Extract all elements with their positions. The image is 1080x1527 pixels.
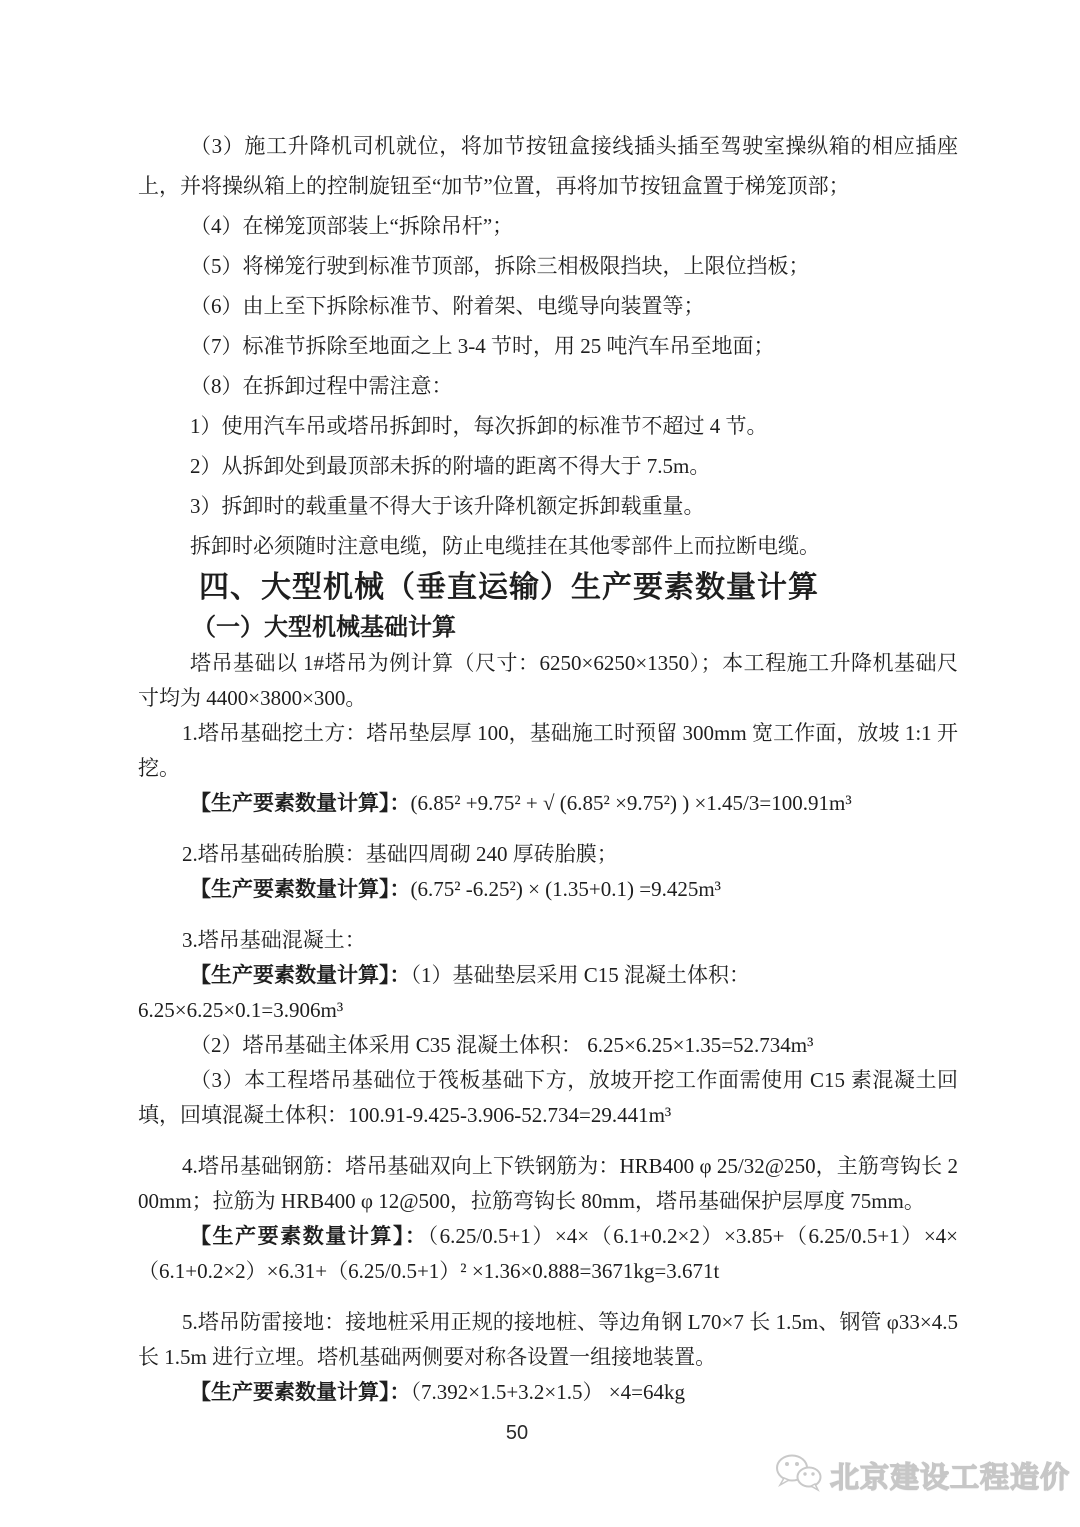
formula-text: (6.85² +9.75² + √ (6.85² ×9.75²) ) ×1.45…	[411, 791, 852, 815]
step-paragraph: （3）施工升降机司机就位，将加节按钮盒接线插头插至驾驶室操纵箱的相应插座上，并将…	[138, 126, 958, 206]
calc-label: 【生产要素数量计算】：	[190, 877, 411, 901]
formula-text: （7.392×1.5+3.2×1.5） ×4=64kg	[411, 1380, 685, 1404]
page-number: 50	[0, 1422, 1034, 1445]
item3-text: 3.塔吊基础混凝土：	[138, 923, 958, 958]
formula-text: (6.75² -6.25²) × (1.35+0.1) =9.425m³	[411, 877, 721, 901]
step-paragraph: 3）拆卸时的载重量不得大于该升降机额定拆卸载重量。	[138, 486, 958, 526]
calc-label: 【生产要素数量计算】：	[190, 1380, 411, 1404]
item1-text: 1.塔吊基础挖土方：塔吊垫层厚 100，基础施工时预留 300mm 宽工作面，放…	[138, 716, 958, 786]
step-paragraph: （8）在拆卸过程中需注意：	[138, 366, 958, 406]
item5-text: 5.塔吊防雷接地：接地桩采用正规的接地桩、等边角钢 L70×7 长 1.5m、钢…	[138, 1305, 958, 1375]
item2-calc-line: 【生产要素数量计算】：(6.75² -6.25²) × (1.35+0.1) =…	[138, 872, 958, 907]
formula-text: 6.25×6.25×0.1=3.906m³	[138, 998, 343, 1022]
watermark: 北京建设工程造价	[772, 1452, 1070, 1499]
step-paragraph: 1）使用汽车吊或塔吊拆卸时，每次拆卸的标准节不超过 4 节。	[138, 406, 958, 446]
intro-paragraph: 塔吊基础以 1#塔吊为例计算（尺寸：6250×6250×1350）；本工程施工升…	[138, 646, 958, 716]
step-paragraph: 拆卸时必须随时注意电缆，防止电缆挂在其他零部件上而拉断电缆。	[138, 526, 958, 566]
step-paragraph: 2）从拆卸处到最顶部未拆的附墙的距离不得大于 7.5m。	[138, 446, 958, 486]
item4-text: 4.塔吊基础钢筋：塔吊基础双向上下铁钢筋为：HRB400 φ 25/32@250…	[138, 1149, 958, 1219]
item1-calc-line: 【生产要素数量计算】：(6.85² +9.75² + √ (6.85² ×9.7…	[138, 786, 958, 821]
calc-label: 【生产要素数量计算】：	[190, 791, 411, 815]
calc-label: 【生产要素数量计算】：	[190, 1224, 428, 1248]
step-paragraph: （4）在梯笼顶部装上“拆除吊杆”；	[138, 206, 958, 246]
page-content: （3）施工升降机司机就位，将加节按钮盒接线插头插至驾驶室操纵箱的相应插座上，并将…	[0, 0, 1080, 1410]
calc-label: 【生产要素数量计算】：	[190, 963, 411, 987]
item3-calc-line-3: （3）本工程塔吊基础位于筏板基础下方，放坡开挖工作面需使用 C15 素混凝土回填…	[138, 1063, 958, 1133]
item4-calc-line: 【生产要素数量计算】：（6.25/0.5+1）×4×（6.1+0.2×2）×3.…	[138, 1219, 958, 1289]
item3-calc-line-2: （2）塔吊基础主体采用 C35 混凝土体积： 6.25×6.25×1.35=52…	[138, 1028, 958, 1063]
sub-item-text: （1）基础垫层采用 C15 混凝土体积：	[411, 963, 751, 987]
step-paragraph: （5）将梯笼行驶到标准节顶部，拆除三相极限挡块，上限位挡板；	[138, 246, 958, 286]
step-paragraph: （6）由上至下拆除标准节、附着架、电缆导向装置等；	[138, 286, 958, 326]
calculation-body: 塔吊基础以 1#塔吊为例计算（尺寸：6250×6250×1350）；本工程施工升…	[138, 646, 958, 1410]
subsection-heading: （一）大型机械基础计算	[192, 610, 958, 646]
step-paragraph: （7）标准节拆除至地面之上 3-4 节时，用 25 吨汽车吊至地面；	[138, 326, 958, 366]
document-page: （3）施工升降机司机就位，将加节按钮盒接线插头插至驾驶室操纵箱的相应插座上，并将…	[0, 0, 1080, 1527]
item5-calc-line: 【生产要素数量计算】：（7.392×1.5+3.2×1.5） ×4=64kg	[138, 1375, 958, 1410]
item2-text: 2.塔吊基础砖胎膜：基础四周砌 240 厚砖胎膜；	[138, 837, 958, 872]
item3-calc-line-1: 【生产要素数量计算】：（1）基础垫层采用 C15 混凝土体积：6.25×6.25…	[138, 958, 958, 1028]
wechat-icon	[772, 1452, 824, 1499]
watermark-label: 北京建设工程造价	[830, 1455, 1070, 1496]
section-heading: 四、大型机械（垂直运输）生产要素数量计算	[199, 566, 958, 610]
dismantle-steps-section: （3）施工升降机司机就位，将加节按钮盒接线插头插至驾驶室操纵箱的相应插座上，并将…	[138, 126, 958, 566]
